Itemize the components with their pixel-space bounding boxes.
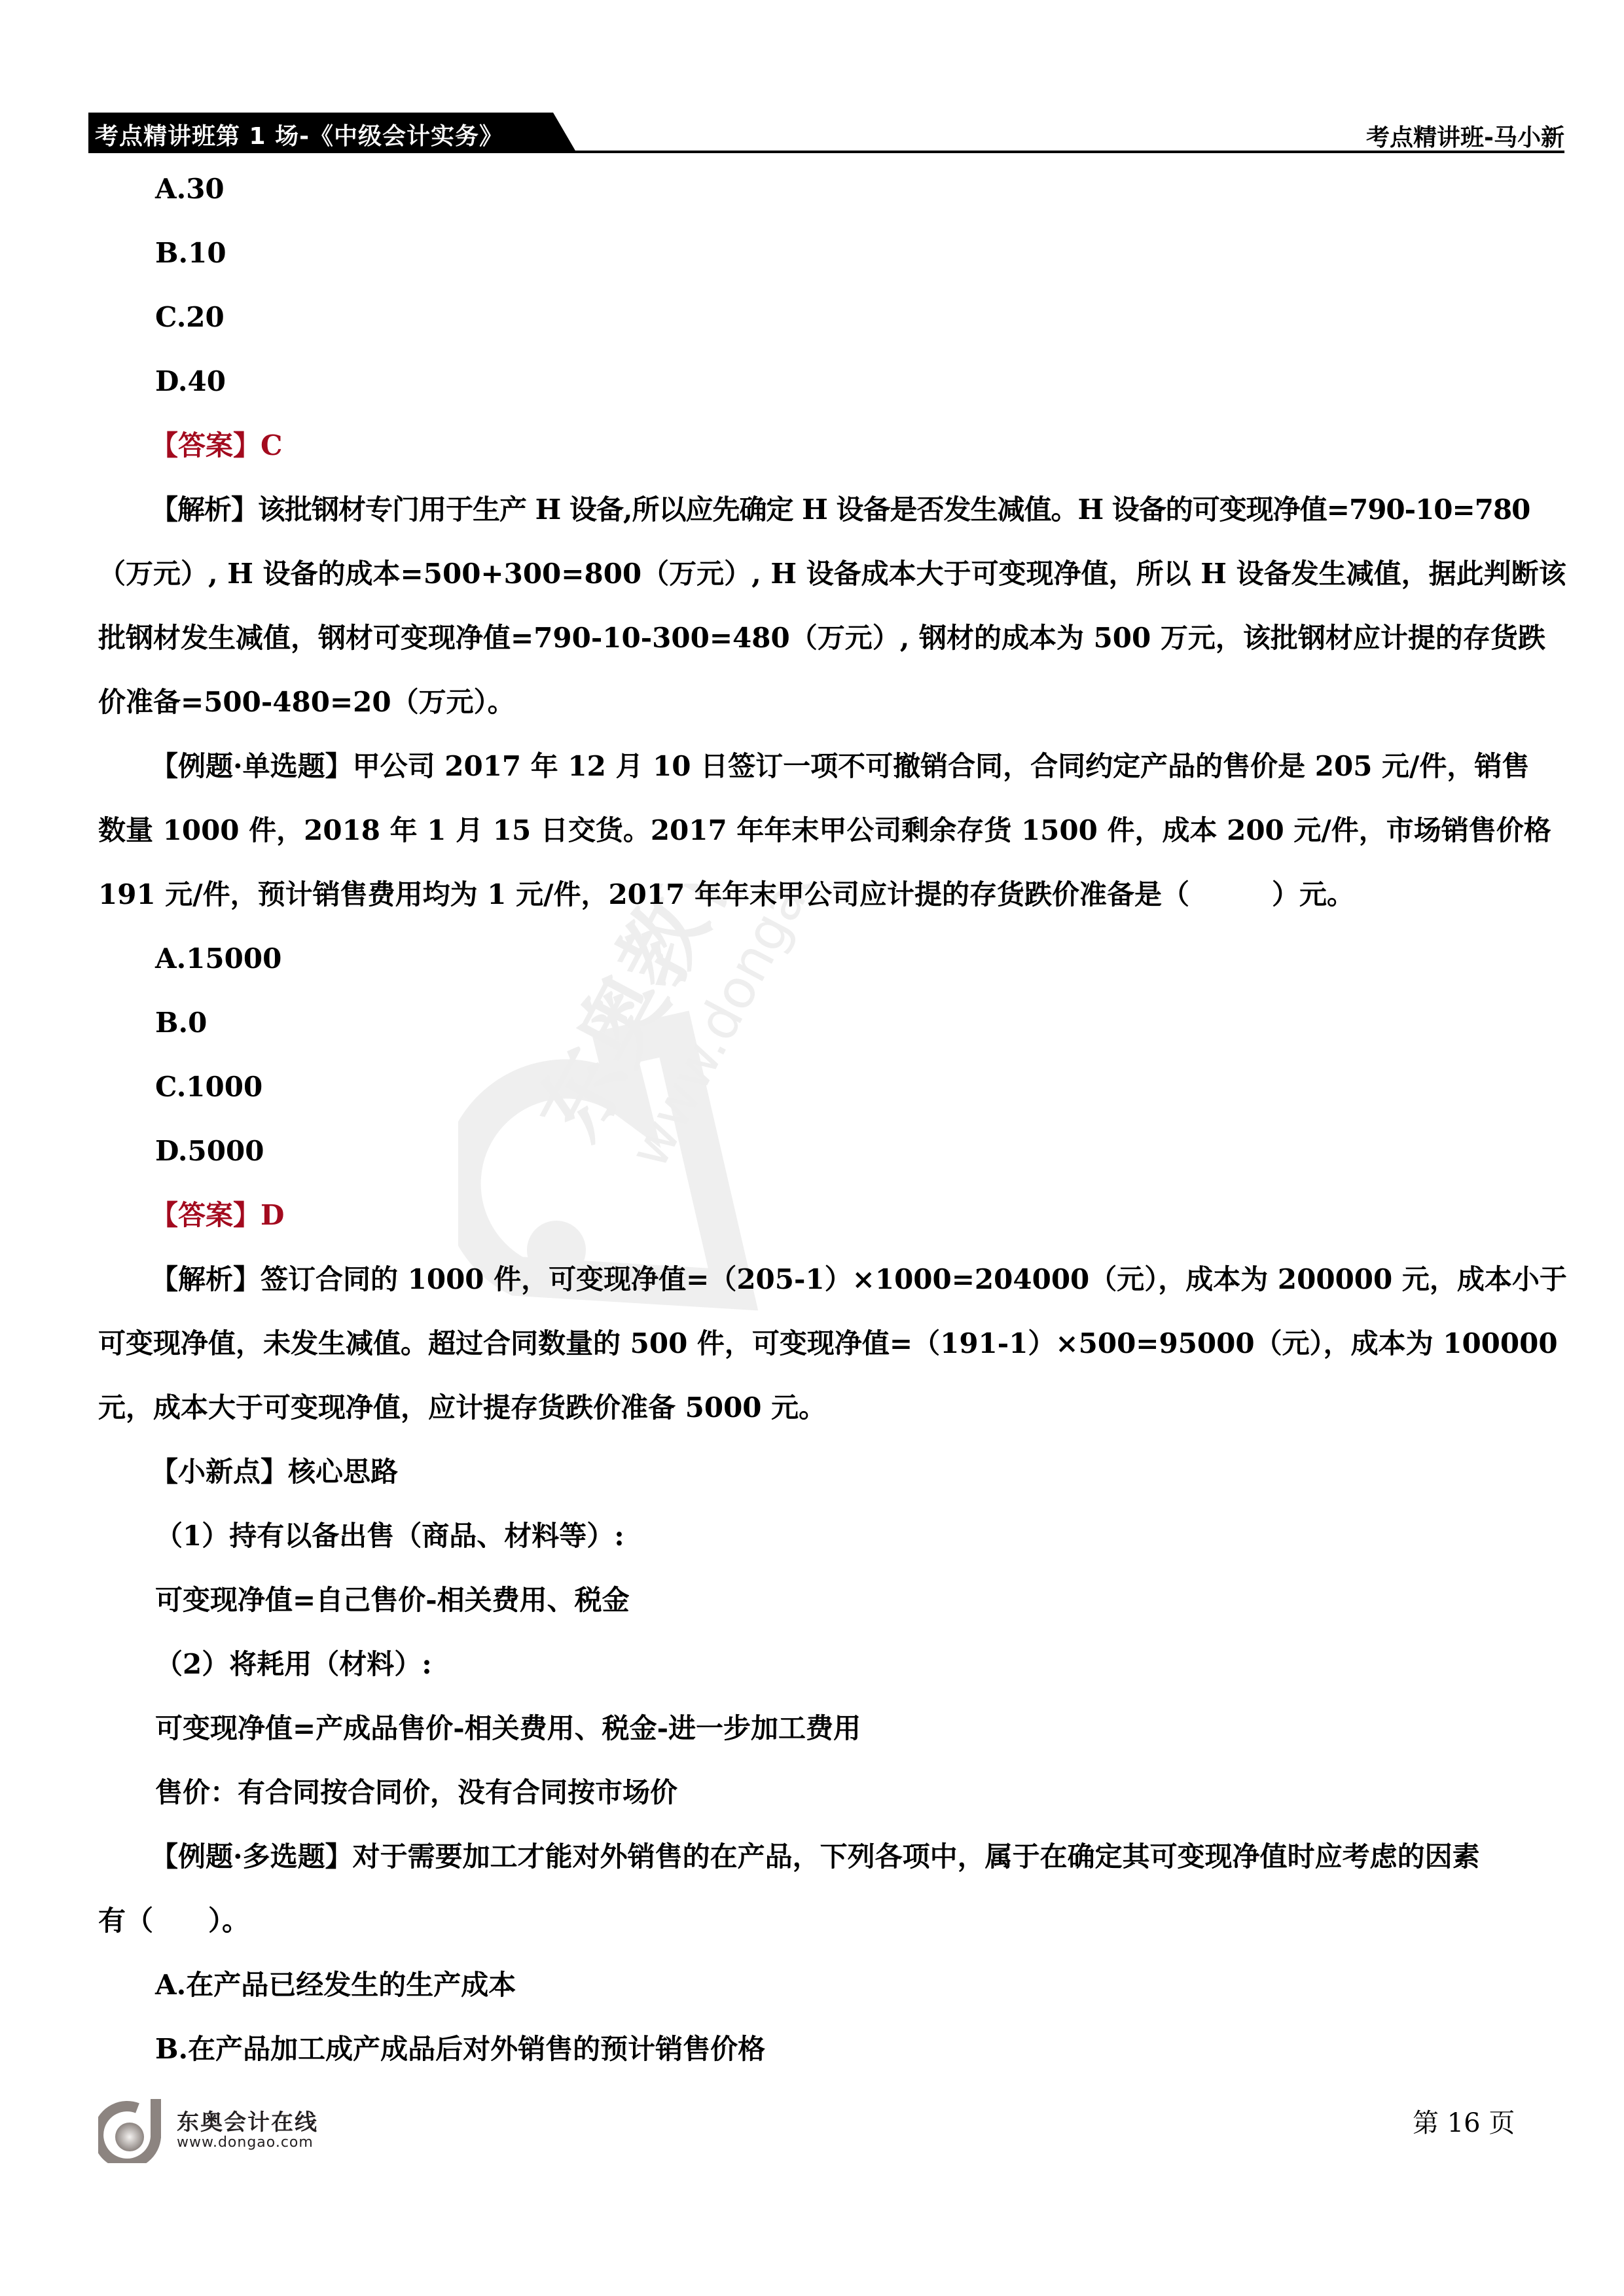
tip-line: （2）将耗用（材料）: — [98, 1632, 1538, 1696]
q3-stem-line: 【例题·多选题】对于需要加工才能对外销售的在产品，下列各项中，属于在确定其可变现… — [98, 1825, 1538, 1889]
q2-answer: 【答案】D — [98, 1183, 1538, 1247]
q2-analysis-line: 可变现净值，未发生减值。超过合同数量的 500 件，可变现净值=（191-1）×… — [98, 1312, 1538, 1376]
q1-analysis-line: （万元）, H 设备的成本=500+300=800（万元）, H 设备成本大于可… — [98, 542, 1538, 606]
page-content: A.30 B.10 C.20 D.40 【答案】C 【解析】该批钢材专门用于生产… — [98, 157, 1538, 2081]
q1-option-a: A.30 — [98, 157, 1538, 221]
q1-option-b: B.10 — [98, 221, 1538, 285]
tip-line: 可变现净值=产成品售价-相关费用、税金-进一步加工费用 — [98, 1696, 1538, 1761]
header-course-title: 考点精讲班第 1 场-《中级会计实务》 — [95, 118, 503, 151]
header-divider — [88, 151, 1564, 153]
q1-analysis-line: 批钢材发生减值，钢材可变现净值=790-10-300=480（万元）, 钢材的成… — [98, 606, 1538, 670]
q1-answer: 【答案】C — [98, 414, 1538, 478]
q1-analysis-line: 【解析】该批钢材专门用于生产 H 设备,所以应先确定 H 设备是否发生减值。H … — [98, 478, 1538, 542]
q2-option-d: D.5000 — [98, 1119, 1538, 1183]
tip-title: 【小新点】核心思路 — [98, 1440, 1538, 1504]
page-header: 考点精讲班第 1 场-《中级会计实务》 考点精讲班-马小新 — [88, 113, 1564, 153]
q2-option-a: A.15000 — [98, 927, 1538, 991]
q1-option-c: C.20 — [98, 285, 1538, 350]
q1-analysis-line: 价准备=500-480=20（万元）。 — [98, 670, 1538, 734]
q3-option-a: A.在产品已经发生的生产成本 — [98, 1953, 1538, 2017]
dongao-logo-icon — [98, 2091, 170, 2163]
q2-analysis-line: 元，成本大于可变现净值，应计提存货跌价准备 5000 元。 — [98, 1376, 1538, 1440]
q2-analysis-line: 【解析】签订合同的 1000 件，可变现净值=（205-1）×1000=2040… — [98, 1247, 1538, 1312]
q3-stem-line: 有（ ）。 — [98, 1889, 1538, 1953]
tip-line: （1）持有以备出售（商品、材料等）: — [98, 1504, 1538, 1568]
q3-option-b: B.在产品加工成产成品后对外销售的预计销售价格 — [98, 2017, 1538, 2081]
q2-option-b: B.0 — [98, 991, 1538, 1055]
q1-option-d: D.40 — [98, 350, 1538, 414]
q2-stem-line: 数量 1000 件，2018 年 1 月 15 日交货。2017 年年末甲公司剩… — [98, 798, 1538, 863]
footer-logo: 东奥会计在线 www.dongao.com — [98, 2091, 360, 2163]
q2-stem-line: 191 元/件，预计销售费用均为 1 元/件，2017 年年末甲公司应计提的存货… — [98, 863, 1538, 927]
header-instructor: 考点精讲班-马小新 — [1366, 119, 1564, 152]
q2-stem-line: 【例题·单选题】甲公司 2017 年 12 月 10 日签订一项不可撤销合同，合… — [98, 734, 1538, 798]
q2-option-c: C.1000 — [98, 1055, 1538, 1119]
tip-line: 可变现净值=自己售价-相关费用、税金 — [98, 1568, 1538, 1632]
tip-line: 售价：有合同按合同价，没有合同按市场价 — [98, 1761, 1538, 1825]
footer-brand: 东奥会计在线 — [177, 2104, 318, 2136]
footer-url: www.dongao.com — [177, 2134, 314, 2151]
page-number: 第 16 页 — [1413, 2102, 1515, 2140]
